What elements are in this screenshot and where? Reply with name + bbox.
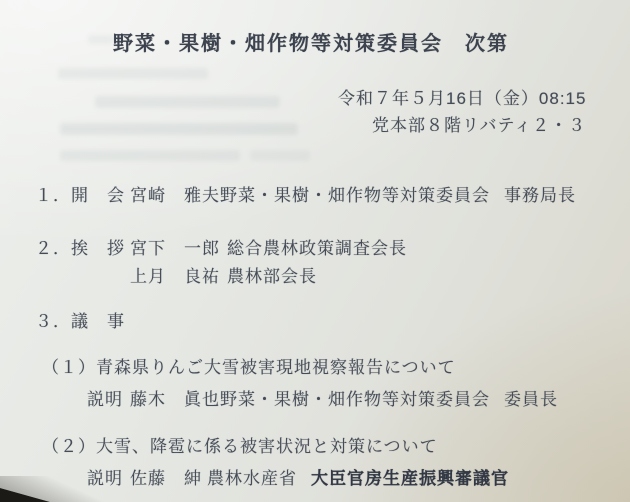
agenda-item-greetings-second-speaker: 上月 良祐農林部会長	[130, 262, 317, 287]
presenter-name: 藤木 眞也	[130, 385, 220, 410]
meeting-datetime: 令和７年５月16日（金）08:15	[338, 84, 586, 109]
bleed-through-smudge	[250, 150, 310, 161]
topic-2-presenter: 説明佐藤 紳農林水産省大臣官房生産振興審議官	[87, 464, 509, 489]
bleed-through-smudge	[58, 68, 208, 79]
speaker-name: 宮崎 雅夫	[130, 181, 220, 206]
document-photo: 野菜・果樹・畑作物等対策委員会 次第 令和７年５月16日（金）08:15 党本部…	[0, 0, 630, 502]
speaker-name: 上月 良祐	[130, 262, 227, 287]
item-number-label: ２．挨 拶	[35, 234, 130, 259]
meeting-venue: 党本部８階リバティ２・３	[372, 111, 586, 136]
topic-number: （１）	[42, 353, 96, 378]
bleed-through-smudge	[60, 123, 298, 135]
agenda-item-opening: １．開 会宮崎 雅夫野菜・果樹・畑作物等対策委員会事務局長	[35, 181, 576, 206]
agenda-item-greetings: ２．挨 拶宮下 一郎総合農林政策調査会長	[35, 234, 407, 259]
bleed-through-smudge	[95, 96, 280, 108]
speaker-role: 事務局長	[504, 181, 576, 206]
speaker-role: 総合農林政策調査会長	[227, 234, 407, 259]
topic-2-heading: （２）大雪、降雹に係る被害状況と対策について	[42, 432, 438, 457]
item-number-label: ３．議 事	[35, 307, 130, 332]
agenda-item-proceedings: ３．議 事	[35, 307, 130, 332]
presenter-name: 佐藤 紳	[130, 464, 207, 489]
speaker-affiliation: 野菜・果樹・畑作物等対策委員会	[220, 181, 490, 206]
speaker-name: 宮下 一郎	[130, 234, 227, 259]
topic-1-presenter: 説明藤木 眞也野菜・果樹・畑作物等対策委員会委員長	[87, 385, 558, 410]
bleed-through-smudge	[88, 35, 114, 44]
topic-title: 大雪、降雹に係る被害状況と対策について	[96, 432, 438, 457]
presenter-role: 委員長	[504, 385, 558, 410]
paper-sheet: 野菜・果樹・畑作物等対策委員会 次第 令和７年５月16日（金）08:15 党本部…	[0, 0, 630, 502]
presenter-affiliation: 野菜・果樹・畑作物等対策委員会	[220, 385, 490, 410]
explain-label: 説明	[87, 464, 130, 489]
speaker-role: 農林部会長	[227, 262, 317, 287]
item-number-label: １．開 会	[35, 181, 130, 206]
bleed-through-smudge	[60, 150, 240, 161]
topic-1-heading: （１）青森県りんご大雪被害現地視察報告について	[42, 353, 456, 378]
topic-number: （２）	[42, 432, 96, 457]
document-title: 野菜・果樹・畑作物等対策委員会 次第	[113, 27, 509, 56]
explain-label: 説明	[87, 385, 130, 410]
topic-title: 青森県りんご大雪被害現地視察報告について	[96, 353, 456, 378]
presenter-affiliation: 農林水産省	[207, 464, 297, 489]
presenter-role: 大臣官房生産振興審議官	[311, 464, 509, 489]
